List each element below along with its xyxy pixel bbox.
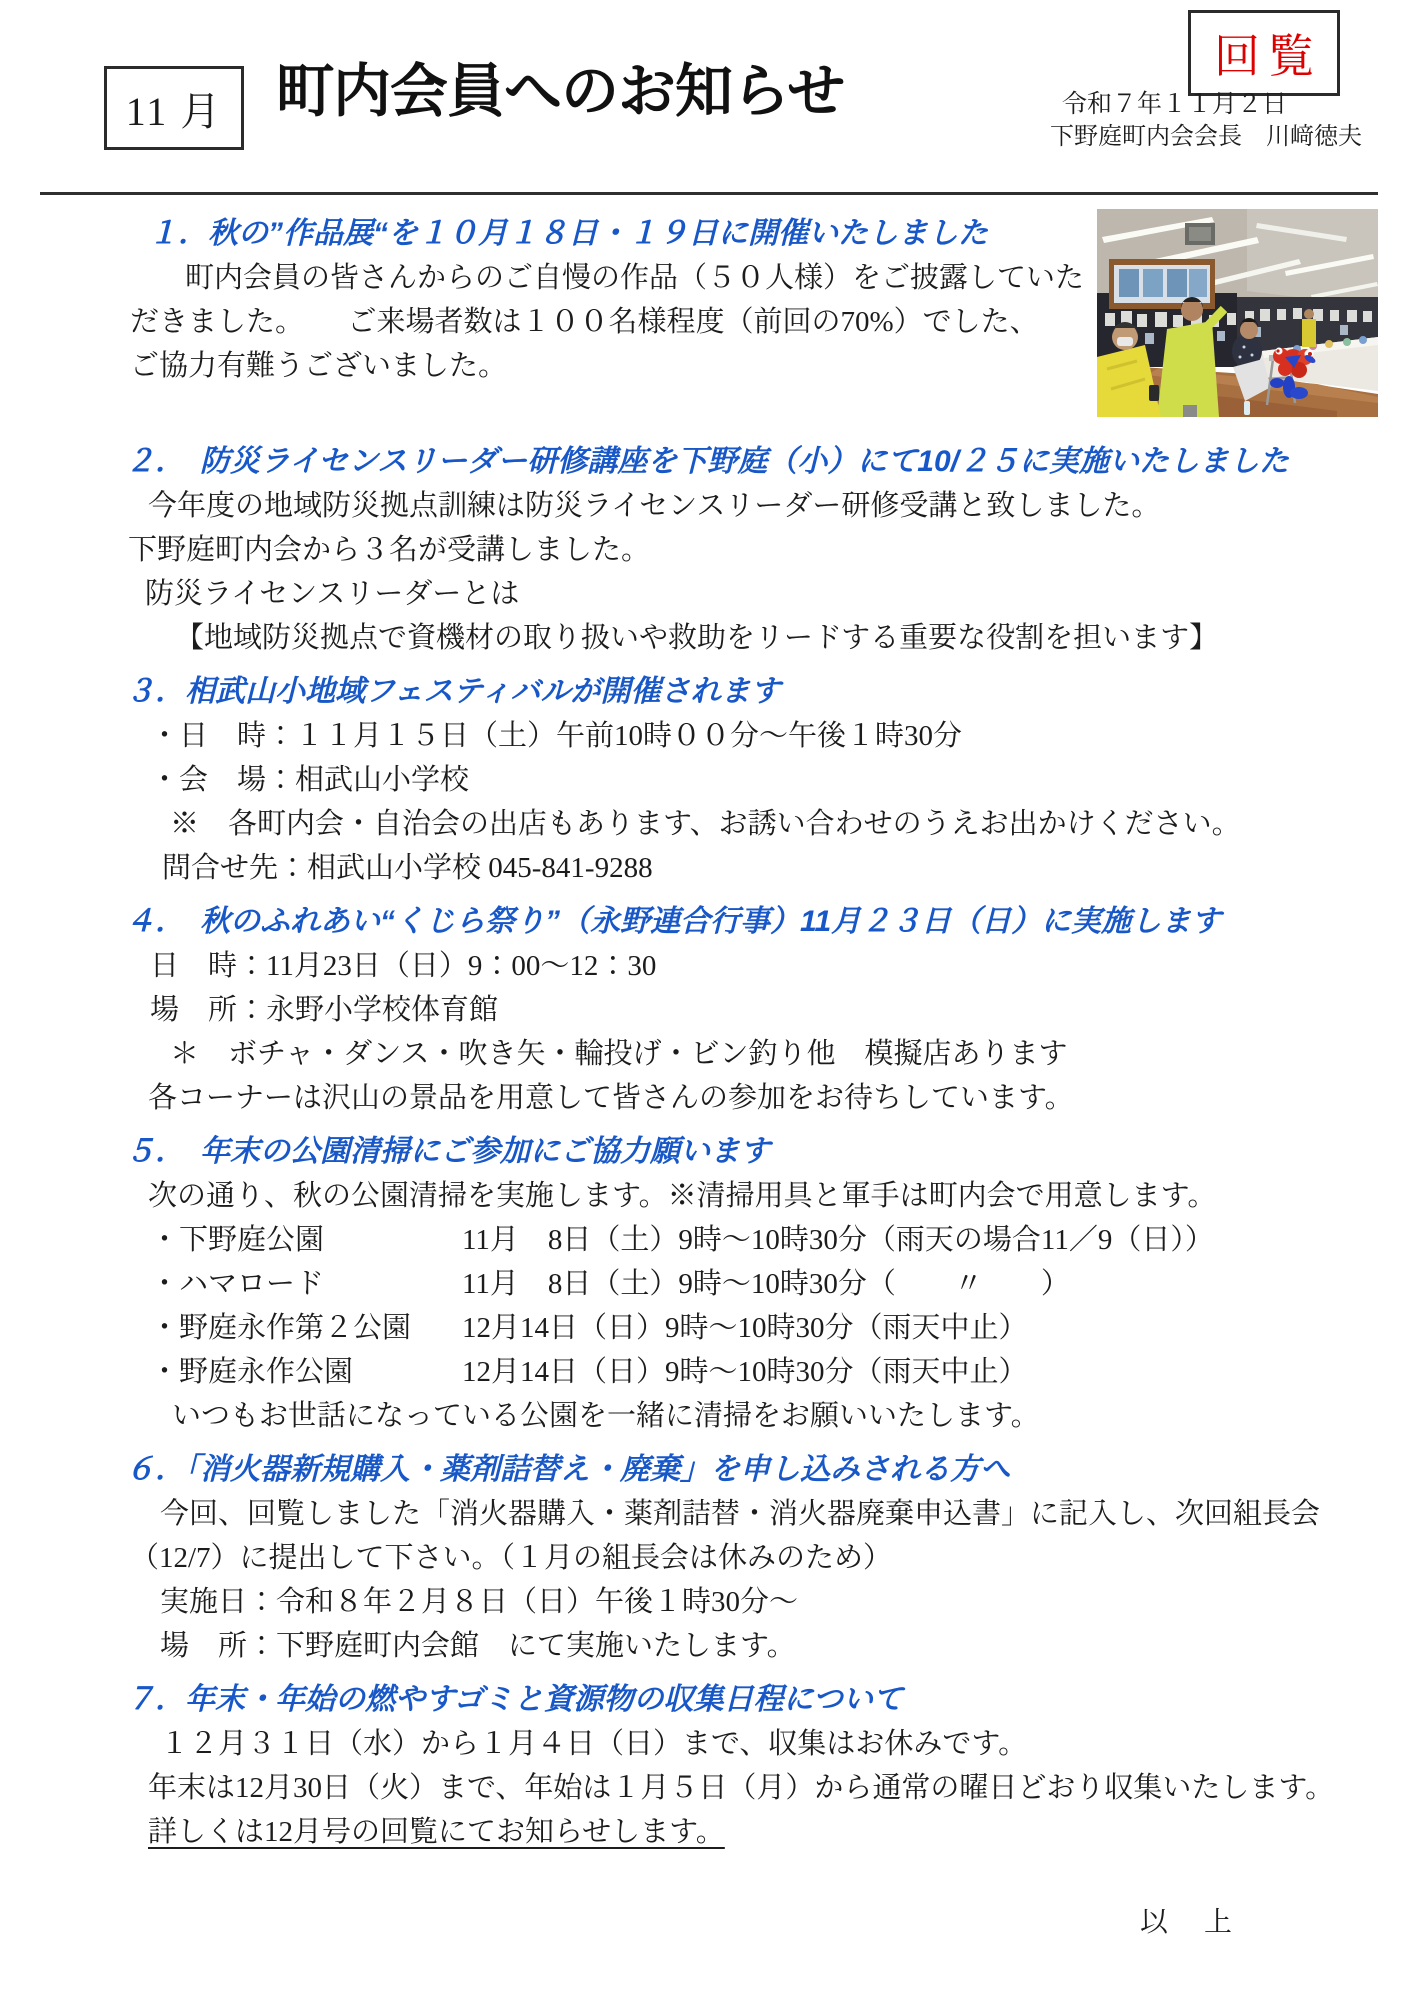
park-row: ・下野庭公園 11月 8日（土）9時～10時30分（雨天の場合11／9（日）） [125, 1218, 1375, 1262]
section-6-fire-extinguisher: ６．「消火器新規購入・薬剤詰替え・廃棄」を申し込みされる方へ 今回、回覧しました… [125, 1448, 1375, 1668]
park-name: ・野庭永作第２公園 [150, 1306, 462, 1350]
section-4-line: 場 所：永野小学校体育館 [125, 988, 1375, 1032]
section-1-line: だきました。 ご来場者数は１００名様程度（前回の70%）でした、 [125, 300, 1375, 344]
section-2-line: 下野庭町内会から３名が受講しました。 [125, 528, 1375, 572]
park-schedule: 11月 8日（土）9時～10時30分（雨天の場合11／9（日）） [462, 1218, 1214, 1262]
section-4-line: 日 時：11月23日（日）9：00～12：30 [125, 944, 1375, 988]
section-1-heading: １．秋の”作品展“を１０月１８日・１９日に開催いたしました [125, 212, 1375, 256]
section-2-line: 防災ライセンスリーダーとは [125, 572, 1375, 616]
section-1-autumn-exhibition: １．秋の”作品展“を１０月１８日・１９日に開催いたしました 町内会員の皆さんから… [125, 212, 1375, 388]
park-schedule: 12月14日（日）9時～10時30分（雨天中止） [462, 1350, 1028, 1394]
author-name: 下野庭町内会会長 川﨑徳夫 [1050, 116, 1362, 151]
section-3-heading: ３．相武山小地域フェスティバルが開催されます [125, 670, 1375, 714]
section-5-heading: ５． 年末の公園清掃にご参加にご協力願います [125, 1130, 1375, 1174]
park-row: ・野庭永作公園 12月14日（日）9時～10時30分（雨天中止） [125, 1350, 1375, 1394]
section-6-line: （12/7）に提出して下さい。（１月の組長会は休みのため） [125, 1536, 1375, 1580]
section-6-line: 場 所：下野庭町内会館 にて実施いたします。 [125, 1624, 1375, 1668]
section-2-disaster-license-training: ２． 防災ライセンスリーダー研修講座を下野庭（小）にて10/２５に実施いたしまし… [125, 440, 1375, 660]
section-3-school-festival: ３．相武山小地域フェスティバルが開催されます ・日 時：１１月１５日（土）午前1… [125, 670, 1375, 890]
section-4-line: 各コーナーは沢山の景品を用意して皆さんの参加をお待ちしています。 [125, 1076, 1375, 1120]
section-6-heading: ６．「消火器新規購入・薬剤詰替え・廃棄」を申し込みされる方へ [125, 1448, 1375, 1492]
park-row: ・野庭永作第２公園 12月14日（日）9時～10時30分（雨天中止） [125, 1306, 1375, 1350]
section-5-intro: 次の通り、秋の公園清掃を実施します。※清掃用具と軍手は町内会で用意します。 [125, 1174, 1375, 1218]
page-title: 町内会員へのお知らせ [276, 44, 844, 128]
section-3-line: ・日 時：１１月１５日（土）午前10時００分～午後１時30分 [125, 714, 1375, 758]
month-label: 11 月 [126, 80, 223, 137]
section-7-underlined-note: 詳しくは12月号の回覧にてお知らせします。 [125, 1810, 1375, 1854]
section-4-whale-festival: ４． 秋のふれあい“くじら祭り”（永野連合行事）11月２３日（日）に実施します … [125, 900, 1375, 1120]
section-6-line: 今回、回覧しました「消火器購入・薬剤詰替・消火器廃棄申込書」に記入し、次回組長会 [125, 1492, 1375, 1536]
section-4-line: ＊ ボチャ・ダンス・吹き矢・輪投げ・ビン釣り他 模擬店あります [125, 1032, 1375, 1076]
month-box: 11 月 [104, 66, 244, 150]
section-4-heading: ４． 秋のふれあい“くじら祭り”（永野連合行事）11月２３日（日）に実施します [125, 900, 1375, 944]
park-schedule: 11月 8日（土）9時～10時30分（ 〃 ） [462, 1262, 1070, 1306]
section-7-heading: ７．年末・年始の燃やすゴミと資源物の収集日程について [125, 1678, 1375, 1722]
section-3-line: ・会 場：相武山小学校 [125, 758, 1375, 802]
park-name: ・ハマロード [150, 1262, 462, 1306]
section-2-line: 【地域防災拠点で資機材の取り扱いや救助をリードする重要な役割を担います】 [125, 616, 1375, 660]
section-5-outro: いつもお世話になっている公園を一緒に清掃をお願いいたします。 [125, 1394, 1375, 1438]
issue-date: 令和７年１１月２日 [1062, 84, 1287, 120]
section-6-line: 実施日：令和８年２月８日（日）午後１時30分～ [125, 1580, 1375, 1624]
section-1-line: 町内会員の皆さんからのご自慢の作品（５０人様）をご披露していた [125, 256, 1375, 300]
park-schedule: 12月14日（日）9時～10時30分（雨天中止） [462, 1306, 1028, 1350]
section-7-line: 年末は12月30日（火）まで、年始は１月５日（月）から通常の曜日どおり収集いたし… [125, 1766, 1375, 1810]
section-7-line: １２月３１日（水）から１月４日（日）まで、収集はお休みです。 [125, 1722, 1375, 1766]
park-row: ・ハマロード 11月 8日（土）9時～10時30分（ 〃 ） [125, 1262, 1375, 1306]
section-2-heading: ２． 防災ライセンスリーダー研修講座を下野庭（小）にて10/２５に実施いたしまし… [125, 440, 1375, 484]
park-name: ・野庭永作公園 [150, 1350, 462, 1394]
park-name: ・下野庭公園 [150, 1218, 462, 1262]
section-1-line: ご協力有難うございました。 [125, 344, 1375, 388]
section-5-park-cleaning: ５． 年末の公園清掃にご参加にご協力願います 次の通り、秋の公園清掃を実施します… [125, 1130, 1375, 1438]
section-3-line: ※ 各町内会・自治会の出店もあります、お誘い合わせのうえお出かけください。 [125, 802, 1375, 846]
section-7-garbage-schedule: ７．年末・年始の燃やすゴミと資源物の収集日程について １２月３１日（水）から１月… [125, 1678, 1375, 1854]
newsletter-body: １．秋の”作品展“を１０月１８日・１９日に開催いたしました 町内会員の皆さんから… [125, 204, 1375, 1854]
section-3-contact-line: 問合せ先：相武山小学校 045-841-9288 [125, 846, 1375, 890]
section-2-line: 今年度の地域防災拠点訓練は防災ライセンスリーダー研修受講と致しました。 [125, 484, 1375, 528]
header-divider [40, 192, 1378, 195]
closing-mark: 以 上 [1140, 1900, 1236, 1940]
newsletter-page: 11 月 町内会員へのお知らせ 回覧 令和７年１１月２日 下野庭町内会会長 川﨑… [0, 0, 1414, 2000]
